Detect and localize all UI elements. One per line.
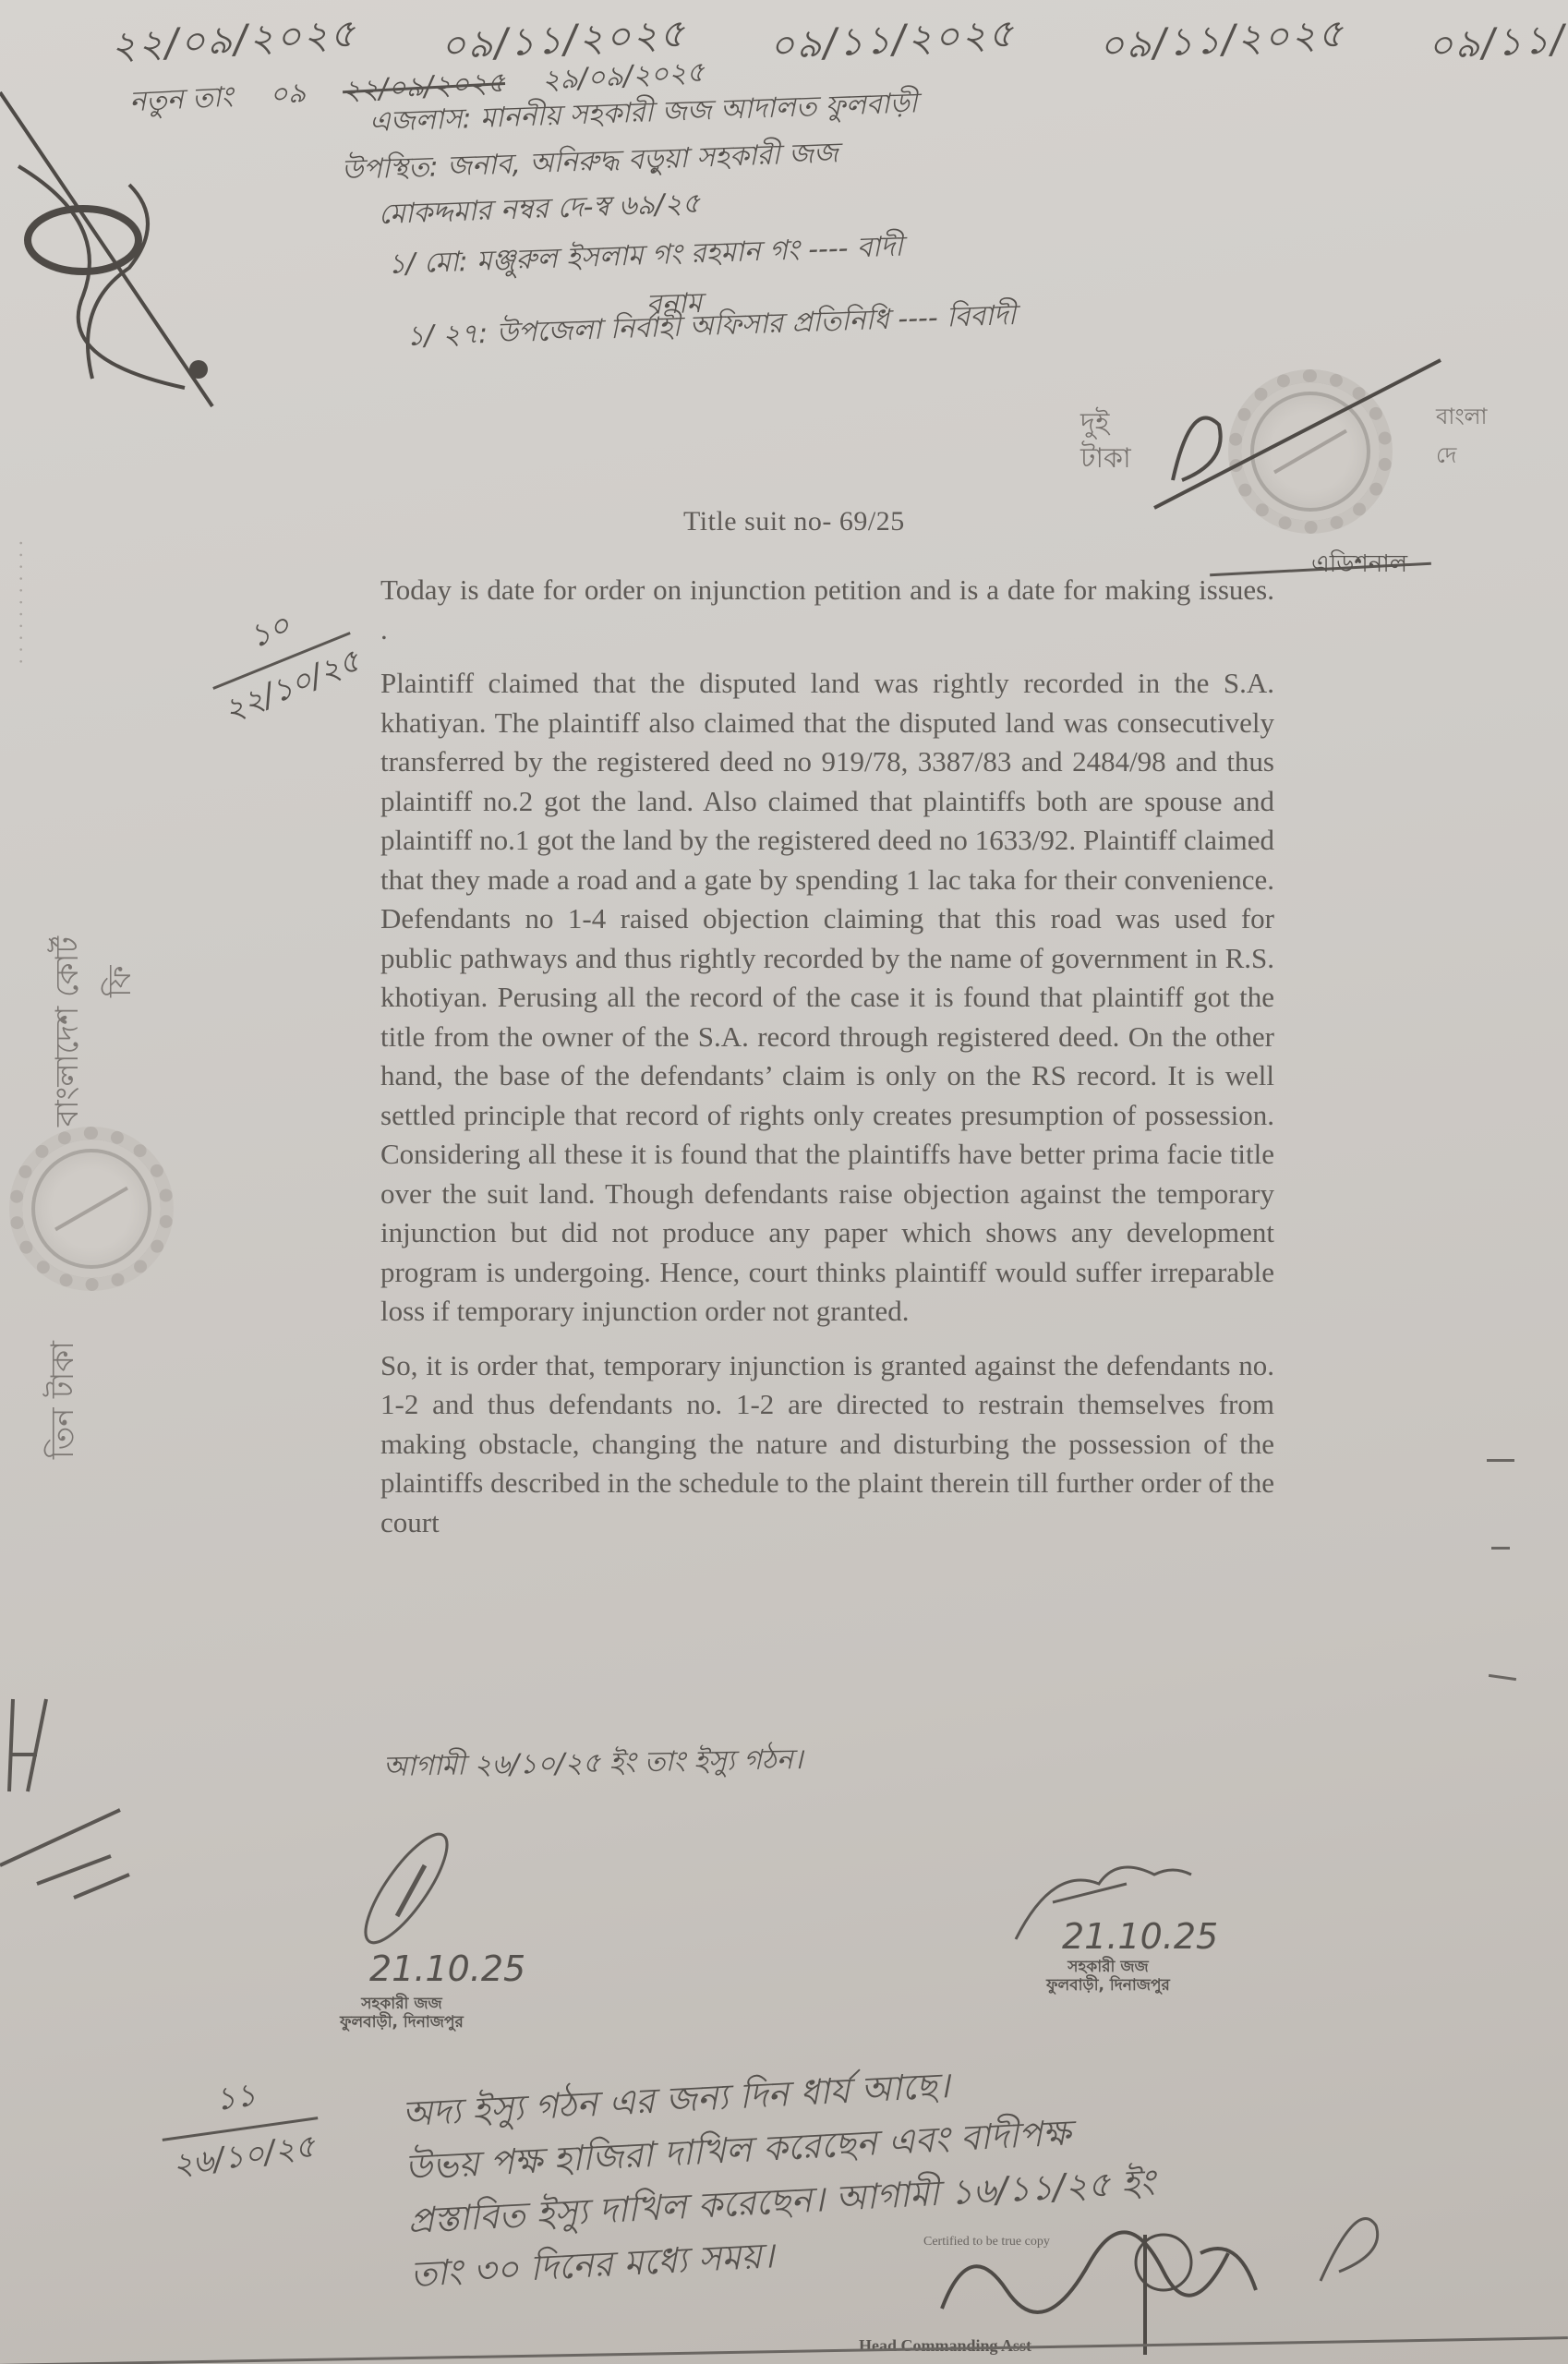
judge-designation-stamp: সহকারী জজ ফুলবাড়ী, দিনাজপুর [1025,1958,1191,1995]
inline-correction: এডিশনাল [1311,545,1407,585]
fee-currency: টাকা [37,1341,90,1398]
margin-tick [1489,1674,1516,1681]
country-label: বাংলাদেশ [42,1007,147,1127]
court-fee-vertical-label: বাংলাদেশ কোর্ট ফি [42,988,147,1127]
date-entry: ০৯/১১/২০২৫ [768,3,1018,81]
date-entry: ০৯/১১/২০২৫ [1097,3,1346,81]
faint-margin-print: · · · · · · · · · · · [9,277,157,665]
left-court-fee-seal-icon [9,1127,174,1291]
left-fee-vertical: তিন টাকা [37,1348,90,1459]
signature-date: 21.10.25 [369,1948,525,1989]
court-place: ফুলবাড়ী, দিনাজপুর [319,2013,485,2032]
stamp-cancel-signature [1145,351,1450,517]
opening-paragraph: Today is date for order on injunction pe… [380,571,1274,649]
findings-paragraph: Plaintiff claimed that the disputed land… [380,664,1274,1332]
fee-currency: টাকা [1080,441,1131,476]
header-date-row: ২২/০৯/২০২৫ ০৯/১১/২০২৫ ০৯/১১/২০২৫ ০৯/১১/২… [111,9,1496,75]
margin-tick [1491,1547,1510,1550]
signature-date: 21.10.25 [1062,1916,1218,1957]
case-number-handwritten: মোকদ্দমার নম্বর দে-স্ব ৬৯/২৫ [378,181,701,239]
judge-designation-stamp: সহকারী জজ ফুলবাড়ী, দিনাজপুর [319,1995,485,2032]
court-fee-label: কোর্ট ফি [42,936,147,997]
margin-scribble [0,1699,222,1902]
order-paragraph: So, it is order that, temporary injuncti… [380,1346,1274,1543]
suit-title: Title suit no- 69/25 [683,506,905,537]
designation: সহকারী জজ [1025,1958,1191,1976]
defendant-line: ১/ ২৭: উপজেলা নির্বাহী অফিসার প্রতিনিধি … [405,293,1017,361]
date-entry: ০৯/১১/২০২৫ [1427,3,1568,81]
court-fee-stamp-left: দুই টাকা [1080,406,1131,476]
judge-signature-left [351,1824,471,1962]
fee-word: দুই [1080,406,1131,441]
designation: সহকারী জজ [319,1995,485,2013]
footer-flourish [1302,2189,1394,2290]
next-date-note: আগামী ২৬/১০/২৫ ইং তাং ইস্যু গঠন। [383,1737,803,1791]
fee-amount-word: তিন [37,1407,90,1459]
order-body: Today is date for order on injunction pe… [380,571,1274,1557]
court-place: ফুলবাড়ী, দিনাজপুর [1025,1976,1191,1995]
margin-tick [1487,1459,1514,1462]
order-serial: ১০ ২২/১০/২৫ [192,581,371,740]
footer-serial: ১১ ২৬/১০/২৫ [154,2063,325,2195]
